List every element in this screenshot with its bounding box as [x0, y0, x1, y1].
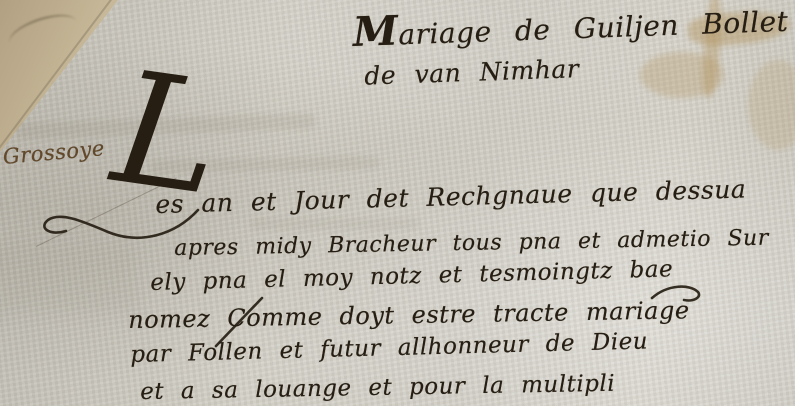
body-line-3: ely pna el moy notz et tesmoingtz bae [150, 256, 674, 296]
heading: Mariage de Guiljen Bollet de van Nimhar [352, 0, 790, 91]
body-line-5: par Follen et futur allhonneur de Dieu [130, 328, 648, 368]
body-line-2: apres midy Bracheur tous pna et admetio … [174, 226, 769, 261]
showthrough-smudge [0, 244, 140, 314]
body-line-4: nomez Comme doyt estre tracte mariage [128, 296, 690, 334]
heading-line-1: Mariage de Guiljen Bollet [352, 0, 789, 56]
body-line-1: es an et Jour det Rechgnaue que dessua [155, 175, 747, 219]
showthrough-smudge [250, 218, 420, 230]
body-line-6: et a sa louange et pour la multipli [140, 371, 615, 405]
manuscript-scan: Mariage de Guiljen Bollet de van Nimhar … [0, 0, 795, 406]
margin-note: Grossoye [2, 136, 106, 169]
